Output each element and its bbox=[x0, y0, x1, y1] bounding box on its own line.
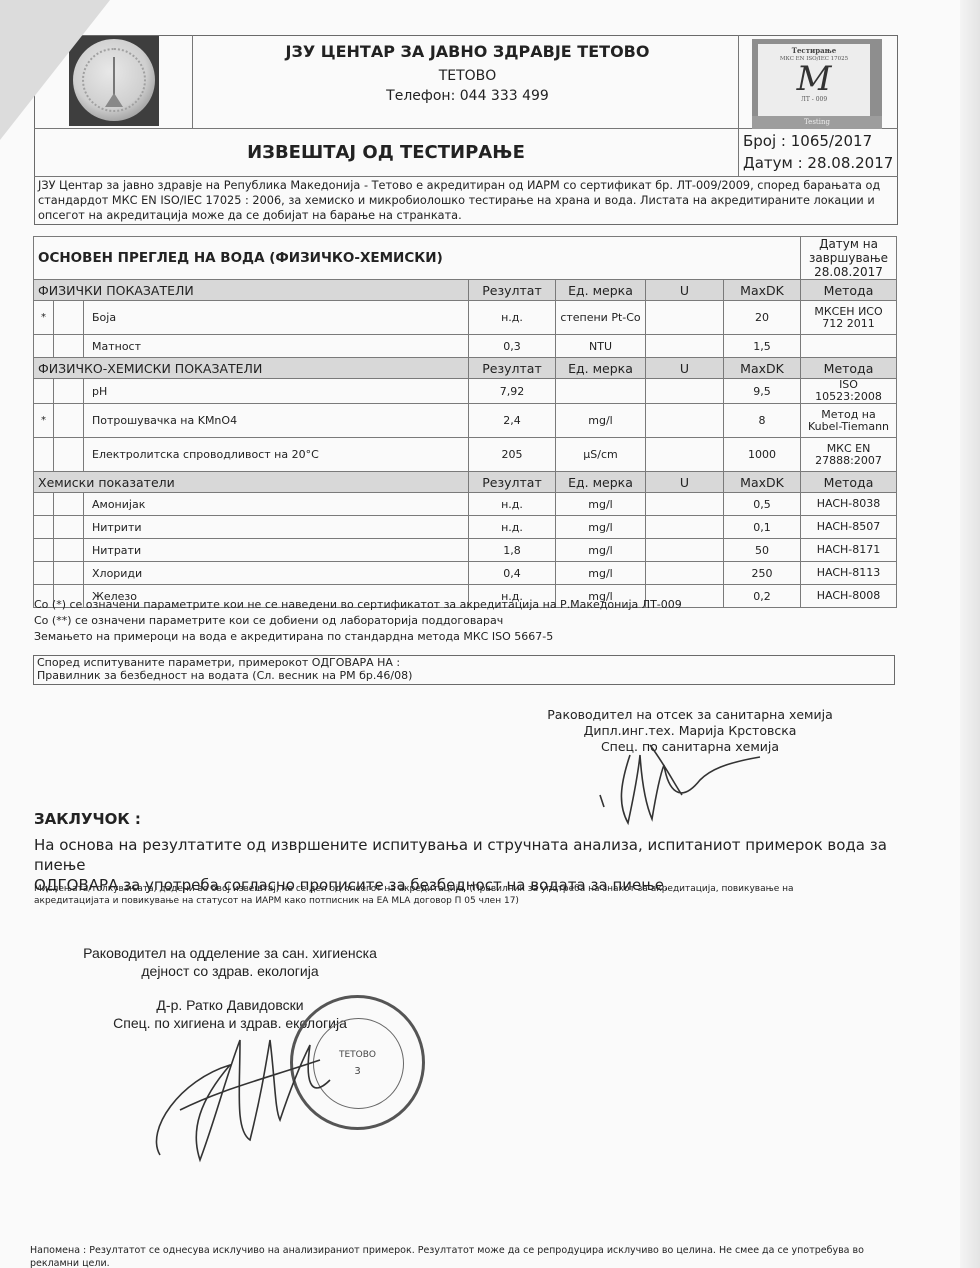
method-value: HACH-8507 bbox=[801, 516, 897, 539]
result-value: н.д. bbox=[469, 516, 556, 539]
report-number: Број : 1065/2017 bbox=[743, 132, 872, 150]
column-header: U bbox=[646, 358, 724, 379]
footnotes: Со (*) се означени параметрите кои не се… bbox=[34, 597, 894, 645]
conclusion-text-line-1: На основа на резултатите од извршените и… bbox=[34, 835, 904, 875]
table-row: Електролитска спроводливост на 20°C205µS… bbox=[34, 438, 897, 472]
table-title-row: ОСНОВЕН ПРЕГЛЕД НА ВОДА (ФИЗИЧКО-ХЕМИСКИ… bbox=[34, 237, 897, 280]
blank-cell bbox=[54, 539, 84, 562]
blank-cell bbox=[54, 301, 84, 335]
max-allowed-value: 1,5 bbox=[724, 335, 801, 358]
unit-value: степени Pt-Co bbox=[556, 301, 646, 335]
accreditation-mark-cell bbox=[34, 379, 54, 404]
column-header: Ед. мерка bbox=[556, 280, 646, 301]
column-header: Резултат bbox=[469, 358, 556, 379]
unit-value bbox=[556, 379, 646, 404]
parameter-name: Потрошувачка на KMnO4 bbox=[84, 404, 469, 438]
uncertainty-value bbox=[646, 438, 724, 472]
blank-cell bbox=[54, 438, 84, 472]
page-fold bbox=[0, 0, 110, 140]
footnote-sampling: Земањето на примероци на вода е акредити… bbox=[34, 629, 894, 645]
chemistry-signature bbox=[590, 735, 770, 825]
uncertainty-value bbox=[646, 539, 724, 562]
department-head-role: Раководител на одделение за сан. хигиенс… bbox=[40, 944, 420, 962]
method-value: Метод на Kubel-Tiemann bbox=[801, 404, 897, 438]
accreditation-mark-cell bbox=[34, 562, 54, 585]
uncertainty-value bbox=[646, 562, 724, 585]
blank-cell bbox=[54, 562, 84, 585]
column-header: Ед. мерка bbox=[556, 358, 646, 379]
unit-value: mg/l bbox=[556, 562, 646, 585]
table-row: *Бојан.д.степени Pt-Co20МКСЕН ИСО 712 20… bbox=[34, 301, 897, 335]
section-title: ФИЗИЧКО-ХЕМИСКИ ПОКАЗАТЕЛИ bbox=[34, 358, 469, 379]
column-header: MaxDK bbox=[724, 280, 801, 301]
table-row: Нитритин.д.mg/l0,1HACH-8507 bbox=[34, 516, 897, 539]
result-value: 0,4 bbox=[469, 562, 556, 585]
blank-cell bbox=[54, 493, 84, 516]
footer-note: Напомена : Резултатот се однесува исклуч… bbox=[30, 1244, 930, 1268]
uncertainty-value bbox=[646, 301, 724, 335]
blank-cell bbox=[54, 335, 84, 358]
result-value: 1,8 bbox=[469, 539, 556, 562]
accreditation-mark-cell bbox=[34, 493, 54, 516]
result-value: 205 bbox=[469, 438, 556, 472]
table-row: Нитрати1,8mg/l50HACH-8171 bbox=[34, 539, 897, 562]
max-allowed-value: 0,1 bbox=[724, 516, 801, 539]
accreditation-mark-cell bbox=[34, 539, 54, 562]
table-row: Матност0,3NTU1,5 bbox=[34, 335, 897, 358]
completion-date: 28.08.2017 bbox=[805, 265, 892, 279]
table-row: Амонијакн.д.mg/l0,5HACH-8038 bbox=[34, 493, 897, 516]
parameter-name: pH bbox=[84, 379, 469, 404]
method-value: HACH-8171 bbox=[801, 539, 897, 562]
max-allowed-value: 250 bbox=[724, 562, 801, 585]
table-row: pH7,929,5ISO 10523:2008 bbox=[34, 379, 897, 404]
method-value: HACH-8113 bbox=[801, 562, 897, 585]
max-allowed-value: 1000 bbox=[724, 438, 801, 472]
column-header: Резултат bbox=[469, 280, 556, 301]
parameter-name: Електролитска спроводливост на 20°C bbox=[84, 438, 469, 472]
accreditation-monogram: M bbox=[758, 62, 870, 96]
uncertainty-value bbox=[646, 335, 724, 358]
results-table: ОСНОВЕН ПРЕГЛЕД НА ВОДА (ФИЗИЧКО-ХЕМИСКИ… bbox=[33, 236, 897, 608]
column-header: MaxDK bbox=[724, 358, 801, 379]
conclusion-disclaimer: Мислењата/толкувањата, дадени во овој из… bbox=[34, 883, 904, 907]
table-title: ОСНОВЕН ПРЕГЛЕД НА ВОДА (ФИЗИЧКО-ХЕМИСКИ… bbox=[34, 237, 801, 280]
accreditation-mark-top: Тестирање bbox=[758, 46, 870, 55]
organization-phone: Телефон: 044 333 499 bbox=[200, 88, 735, 104]
unit-value: mg/l bbox=[556, 404, 646, 438]
method-value: МКС EN 27888:2007 bbox=[801, 438, 897, 472]
parameter-name: Боја bbox=[84, 301, 469, 335]
max-allowed-value: 50 bbox=[724, 539, 801, 562]
unit-value: µS/cm bbox=[556, 438, 646, 472]
result-value: 2,4 bbox=[469, 404, 556, 438]
uncertainty-value bbox=[646, 493, 724, 516]
column-header: MaxDK bbox=[724, 472, 801, 493]
result-value: 0,3 bbox=[469, 335, 556, 358]
conclusion-title: ЗАКЛУЧОК : bbox=[34, 810, 141, 828]
footnote-double-asterisk: Со (**) се означени параметрите кои се д… bbox=[34, 613, 894, 629]
section-title: Хемиски показатели bbox=[34, 472, 469, 493]
result-value: н.д. bbox=[469, 493, 556, 516]
max-allowed-value: 20 bbox=[724, 301, 801, 335]
uncertainty-value bbox=[646, 404, 724, 438]
organization-city: ТЕТОВО bbox=[200, 68, 735, 84]
method-value bbox=[801, 335, 897, 358]
completion-label: Датум на завршување bbox=[805, 237, 892, 265]
parameter-name: Нитрити bbox=[84, 516, 469, 539]
parameter-name: Хлориди bbox=[84, 562, 469, 585]
parameter-name: Матност bbox=[84, 335, 469, 358]
report-title: ИЗВЕШТАЈ ОД ТЕСТИРАЊЕ bbox=[34, 142, 738, 163]
footer-line-1: Напомена : Резултатот се однесува исклуч… bbox=[30, 1244, 930, 1257]
accreditation-mark: Тестирање МКС EN ISO/IEC 17025 M ЛТ - 00… bbox=[752, 39, 882, 129]
method-value: HACH-8038 bbox=[801, 493, 897, 516]
compliance-regulation: Правилник за безбедност на водата (Сл. в… bbox=[37, 669, 412, 682]
footer-line-2: рекламни цели. bbox=[30, 1257, 930, 1268]
scan-edge-shadow bbox=[960, 0, 980, 1268]
accreditation-mark-cell: * bbox=[34, 404, 54, 438]
unit-value: mg/l bbox=[556, 493, 646, 516]
uncertainty-value bbox=[646, 379, 724, 404]
blank-cell bbox=[54, 516, 84, 539]
parameter-name: Амонијак bbox=[84, 493, 469, 516]
section-header-row: ФИЗИЧКО-ХЕМИСКИ ПОКАЗАТЕЛИРезултатЕд. ме… bbox=[34, 358, 897, 379]
department-head-role-2: дејност со здрав. екологија bbox=[40, 962, 420, 980]
organization-name: ЈЗУ ЦЕНТАР ЗА ЈАВНО ЗДРАВЈЕ ТЕТОВО bbox=[200, 42, 735, 61]
column-header: Резултат bbox=[469, 472, 556, 493]
max-allowed-value: 8 bbox=[724, 404, 801, 438]
uncertainty-value bbox=[646, 516, 724, 539]
method-value: МКСЕН ИСО 712 2011 bbox=[801, 301, 897, 335]
accreditation-mark-code: ЛТ - 009 bbox=[758, 96, 870, 103]
column-header: U bbox=[646, 280, 724, 301]
max-allowed-value: 0,5 bbox=[724, 493, 801, 516]
column-header: Ед. мерка bbox=[556, 472, 646, 493]
max-allowed-value: 9,5 bbox=[724, 379, 801, 404]
disclaimer-line-2: акредитацијата и повикување на статусот … bbox=[34, 895, 904, 907]
unit-value: mg/l bbox=[556, 539, 646, 562]
column-header: Метода bbox=[801, 358, 897, 379]
accreditation-mark-cell: * bbox=[34, 301, 54, 335]
column-header: Метода bbox=[801, 280, 897, 301]
accreditation-mark-cell bbox=[34, 516, 54, 539]
compliance-line-1: Според испитуваните параметри, примероко… bbox=[37, 656, 412, 669]
compliance-box: Според испитуваните параметри, примероко… bbox=[33, 655, 895, 685]
section-header-row: ФИЗИЧКИ ПОКАЗАТЕЛИРезултатЕд. меркаUMaxD… bbox=[34, 280, 897, 301]
report-date: Датум : 28.08.2017 bbox=[743, 154, 893, 172]
parameter-name: Нитрати bbox=[84, 539, 469, 562]
section-header-row: Хемиски показателиРезултатЕд. меркаUMaxD… bbox=[34, 472, 897, 493]
column-header: U bbox=[646, 472, 724, 493]
table-row: *Потрошувачка на KMnO42,4mg/l8Метод на K… bbox=[34, 404, 897, 438]
accreditation-statement: ЈЗУ Центар за јавно здравје на Република… bbox=[38, 178, 896, 223]
section-title: ФИЗИЧКИ ПОКАЗАТЕЛИ bbox=[34, 280, 469, 301]
column-header: Метода bbox=[801, 472, 897, 493]
table-row: Хлориди0,4mg/l250HACH-8113 bbox=[34, 562, 897, 585]
accreditation-mark-cell bbox=[34, 335, 54, 358]
footnote-single-asterisk: Со (*) се означени параметрите кои не се… bbox=[34, 597, 894, 613]
completion-date-cell: Датум на завршување 28.08.2017 bbox=[801, 237, 897, 280]
department-head-signature bbox=[140, 1020, 340, 1170]
chemistry-signatory-role: Раководител на отсек за санитарна хемија bbox=[520, 707, 860, 723]
result-value: н.д. bbox=[469, 301, 556, 335]
accreditation-mark-bottom: Testing bbox=[752, 116, 882, 129]
blank-cell bbox=[54, 404, 84, 438]
result-value: 7,92 bbox=[469, 379, 556, 404]
unit-value: NTU bbox=[556, 335, 646, 358]
disclaimer-line-1: Мислењата/толкувањата, дадени во овој из… bbox=[34, 883, 904, 895]
method-value: ISO 10523:2008 bbox=[801, 379, 897, 404]
unit-value: mg/l bbox=[556, 516, 646, 539]
accreditation-mark-cell bbox=[34, 438, 54, 472]
document-page: ЈЗУ ЦЕНТАР ЗА ЈАВНО ЗДРАВЈЕ ТЕТОВО ТЕТОВ… bbox=[0, 0, 980, 1268]
blank-cell bbox=[54, 379, 84, 404]
